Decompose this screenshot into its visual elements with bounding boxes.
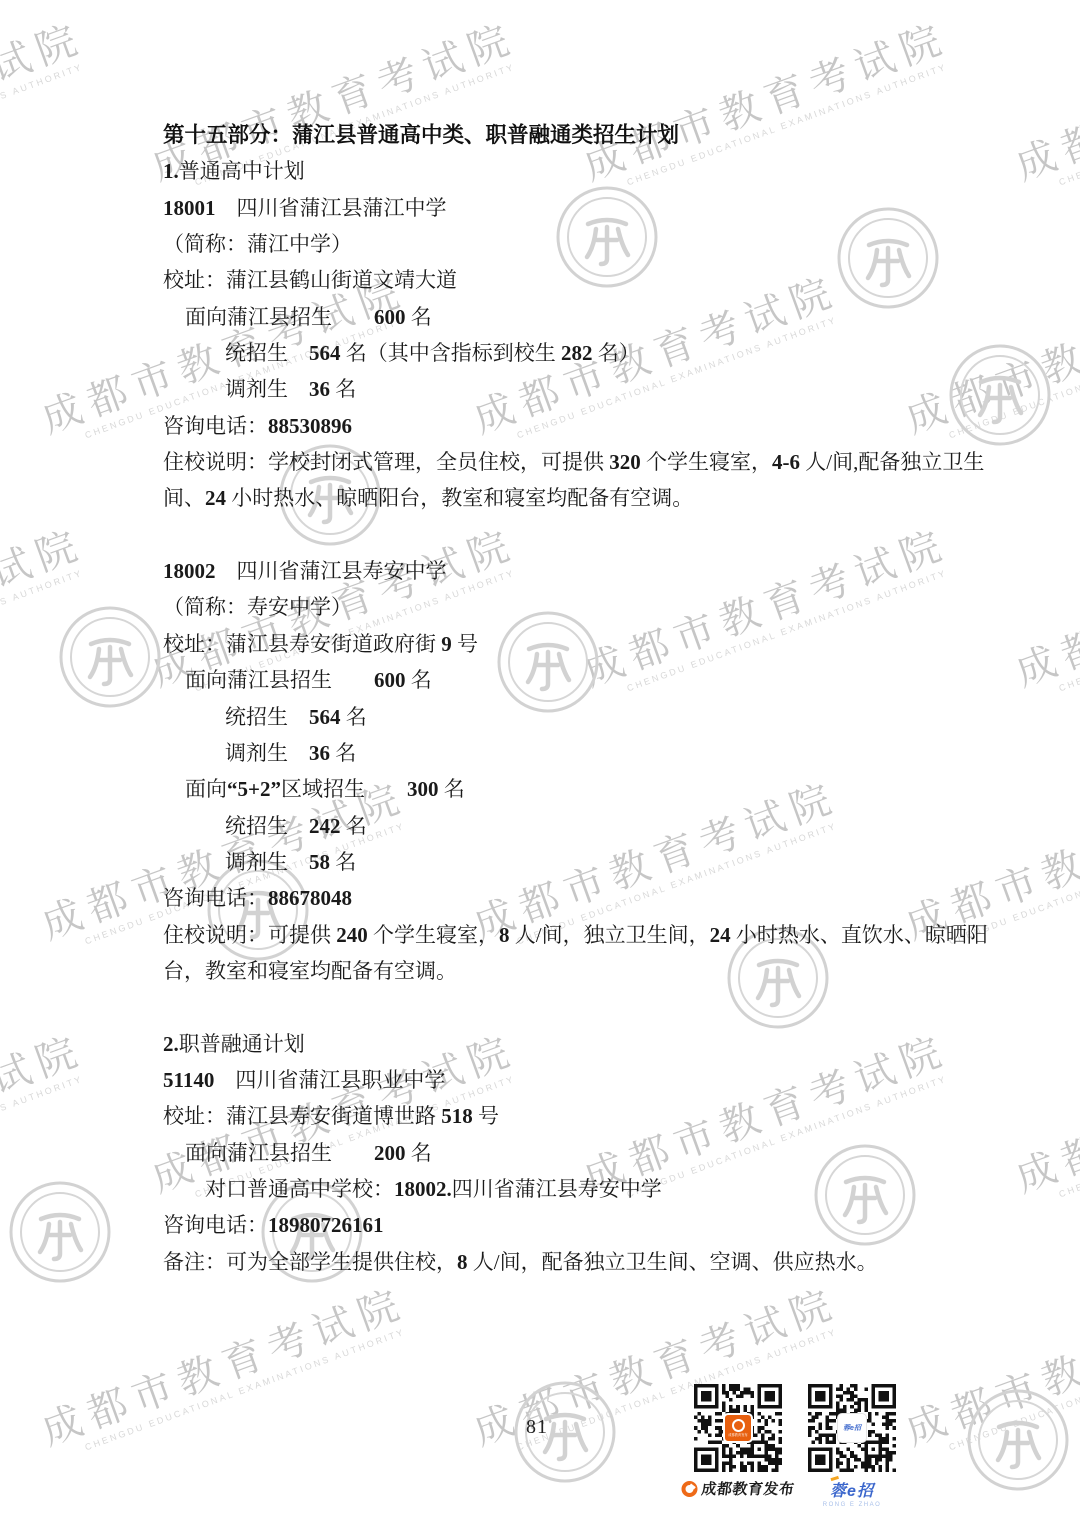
qr-block-chengdu-edu: 成都教育发布 成都教育发布 <box>694 1384 782 1504</box>
text-run: 调剂生 <box>225 741 309 765</box>
blank-line <box>163 517 993 553</box>
doc-line: 1.普通高中计划 <box>163 153 993 189</box>
text-run: 2. <box>163 1032 179 1056</box>
text-run: 名 <box>330 850 356 874</box>
doc-line: 校址：蒲江县寿安街道政府街 9 号 <box>163 626 993 662</box>
doc-line: 备注：可为全部学生提供住校，8 人/间，配备独立卫生间、空调、供应热水。 <box>163 1244 993 1280</box>
watermark-text: 成都市教育考试院CHENGDU EDUCATIONAL EXAMINATIONS… <box>0 522 94 705</box>
text-run: 个学生寝室， <box>641 450 772 474</box>
text-run: 住校说明：可提供 <box>163 923 336 947</box>
qr-caption-rongezhao: 蓉e招 RONG E ZHAO <box>823 1478 882 1508</box>
text-run: 人/间，独立卫生间， <box>510 923 710 947</box>
text-run: 58 <box>309 850 330 874</box>
text-run: 校址：蒲江县寿安街道政府街 <box>163 632 441 656</box>
text-run: 人/间,配备独立卫生 <box>800 450 984 474</box>
text-run: 36 <box>309 377 330 401</box>
text-run: 282 <box>561 341 593 365</box>
text-run: 名 <box>406 305 432 329</box>
text-run: 88530896 <box>268 414 352 438</box>
text-run: 区域招生 <box>281 777 407 801</box>
qr-center-logo-rongezhao: 蓉e招 <box>837 1413 867 1443</box>
text-run: 调剂生 <box>225 850 309 874</box>
text-run: 名 <box>330 741 356 765</box>
text-run: “5+2” <box>227 777 281 801</box>
watermark-text: 成都市教育考试院CHENGDU EDUCATIONAL EXAMINATIONS… <box>36 1281 416 1464</box>
watermark-text: 成都市教育考试院CHENGDU EDUCATIONAL EXAMINATIONS… <box>1010 522 1080 705</box>
text-run: 名 <box>406 1141 432 1165</box>
text-run: 300 <box>407 777 439 801</box>
text-run: 320 <box>609 450 641 474</box>
text-run: 小时热水、直饮水、晾晒阳 <box>731 923 988 947</box>
text-run: 4-6 <box>772 450 800 474</box>
doc-line: 18001 四川省蒲江县蒲江中学 <box>163 190 993 226</box>
text-run: 600 <box>374 668 406 692</box>
text-run: 台，教室和寝室均配备有空调。 <box>163 959 457 983</box>
text-run: 18980726161 <box>268 1213 384 1237</box>
doc-line: 住校说明：学校封闭式管理，全员住校，可提供 320 个学生寝室，4-6 人/间,… <box>163 444 993 480</box>
text-run: 小时热水、晾晒阳台，教室和寝室均配备有空调。 <box>226 486 693 510</box>
doc-line: 面向“5+2”区域招生 300 名 <box>185 771 993 807</box>
text-run: 名 <box>406 668 432 692</box>
doc-line: 校址：蒲江县鹤山街道文靖大道 <box>163 262 993 298</box>
text-run: 名 <box>341 814 367 838</box>
doc-line: 间、24 小时热水、晾晒阳台，教室和寝室均配备有空调。 <box>163 480 993 516</box>
doc-line: 咨询电话：88530896 <box>163 408 993 444</box>
text-run: 调剂生 <box>225 377 309 401</box>
document-body: 第十五部分：蒲江县普通高中类、职普融通类招生计划1.普通高中计划18001 四川… <box>163 117 993 1280</box>
qr-center-logo-chengdu-edu: 成都教育发布 <box>723 1413 753 1443</box>
text-run: 240 <box>336 923 368 947</box>
rongezhao-logo: 蓉e招 <box>830 1478 874 1501</box>
watermark-text: 成都市教育考试院CHENGDU EDUCATIONAL EXAMINATIONS… <box>0 1028 94 1211</box>
doc-line: 统招生 564 名 <box>225 699 993 735</box>
text-run: 普通高中计划 <box>179 159 305 183</box>
page-number: 81 <box>516 1416 558 1439</box>
doc-line: 校址：蒲江县寿安街道博世路 518 号 <box>163 1098 993 1134</box>
text-run: 564 <box>309 341 341 365</box>
text-run: 对口普通高中学校： <box>205 1177 394 1201</box>
text-run: 住校说明：学校封闭式管理，全员住校，可提供 <box>163 450 609 474</box>
doc-line: 住校说明：可提供 240 个学生寝室，8 人/间，独立卫生间，24 小时热水、直… <box>163 917 993 953</box>
doc-line: 咨询电话：18980726161 <box>163 1207 993 1243</box>
text-run: 24 <box>205 486 226 510</box>
doc-line: 咨询电话：88678048 <box>163 880 993 916</box>
text-run: 校址：蒲江县鹤山街道文靖大道 <box>163 268 457 292</box>
text-run: 名（其中含指标到校生 <box>341 341 562 365</box>
qr-block-rongezhao: 蓉e招 蓉e招 RONG E ZHAO <box>808 1384 896 1504</box>
doc-line: （简称：寿安中学） <box>163 589 993 625</box>
text-run: 1. <box>163 159 179 183</box>
text-run: 号 <box>452 632 478 656</box>
text-run: （简称：寿安中学） <box>163 595 352 619</box>
text-run: 名 <box>330 377 356 401</box>
text-run: 人/间，配备独立卫生间、空调、供应热水。 <box>468 1250 878 1274</box>
text-run: 面向蒲江县招生 <box>185 1141 374 1165</box>
doc-line: 统招生 242 名 <box>225 808 993 844</box>
text-run: 18002. <box>394 1177 452 1201</box>
text-run: 个学生寝室， <box>368 923 499 947</box>
document-page: 成都市教育考试院CHENGDU EDUCATIONAL EXAMINATIONS… <box>0 0 1080 1527</box>
text-run: 统招生 <box>225 705 309 729</box>
doc-line: 台，教室和寝室均配备有空调。 <box>163 953 993 989</box>
text-run: 8 <box>457 1250 468 1274</box>
text-run: 面向蒲江县招生 <box>185 305 374 329</box>
text-run: 名 <box>438 777 464 801</box>
text-run: 名） <box>593 341 640 365</box>
chengdu-edu-publish-logo-icon <box>681 1481 697 1497</box>
doc-line: 调剂生 58 名 <box>225 844 993 880</box>
doc-line: 51140 四川省蒲江县职业中学 <box>163 1062 993 1098</box>
qr-caption-chengdu-edu: 成都教育发布 <box>681 1478 794 1499</box>
text-run: 咨询电话： <box>163 414 268 438</box>
text-run: 51140 <box>163 1068 214 1092</box>
text-run: 36 <box>309 741 330 765</box>
watermark-text: 成都市教育考试院CHENGDU EDUCATIONAL EXAMINATIONS… <box>0 16 94 199</box>
text-run: 600 <box>374 305 406 329</box>
watermark-text: 成都市教育考试院CHENGDU EDUCATIONAL EXAMINATIONS… <box>1010 16 1080 199</box>
doc-line: 面向蒲江县招生 200 名 <box>185 1135 993 1171</box>
text-run: 面向蒲江县招生 <box>185 668 374 692</box>
watermark-text: 成都市教育考试院CHENGDU EDUCATIONAL EXAMINATIONS… <box>1010 1028 1080 1211</box>
doc-line: （简称：蒲江中学） <box>163 226 993 262</box>
page-title: 第十五部分：蒲江县普通高中类、职普融通类招生计划 <box>163 117 993 153</box>
text-run: 四川省蒲江县寿安中学 <box>452 1177 662 1201</box>
text-run: 职普融通计划 <box>179 1032 305 1056</box>
text-run: 18002 <box>163 559 216 583</box>
text-run: 面向 <box>185 777 227 801</box>
qr-caption-label: 成都教育发布 <box>700 1478 796 1499</box>
doc-line: 18002 四川省蒲江县寿安中学 <box>163 553 993 589</box>
doc-line: 面向蒲江县招生 600 名 <box>185 299 993 335</box>
text-run: 号 <box>473 1104 499 1128</box>
text-run: 8 <box>499 923 510 947</box>
qr-logo-text: 成都教育发布 <box>728 1433 747 1436</box>
blank-line <box>163 989 993 1025</box>
text-run: 564 <box>309 705 341 729</box>
text-run: 9 <box>441 632 452 656</box>
watermark-text: 成都市教育考试院CHENGDU EDUCATIONAL EXAMINATIONS… <box>900 1281 1080 1464</box>
doc-line: 对口普通高中学校：18002.四川省蒲江县寿安中学 <box>205 1171 993 1207</box>
seal-watermark-icon <box>966 1388 1070 1492</box>
doc-line: 面向蒲江县招生 600 名 <box>185 662 993 698</box>
text-run: 备注：可为全部学生提供住校， <box>163 1250 457 1274</box>
text-run: 统招生 <box>225 814 309 838</box>
doc-line: 统招生 564 名（其中含指标到校生 282 名） <box>225 335 993 371</box>
text-run: 名 <box>341 705 367 729</box>
text-run: 518 <box>441 1104 473 1128</box>
doc-line: 调剂生 36 名 <box>225 371 993 407</box>
text-run: 校址：蒲江县寿安街道博世路 <box>163 1104 441 1128</box>
text-run: 四川省蒲江县蒲江中学 <box>216 196 447 220</box>
text-run: 88678048 <box>268 886 352 910</box>
text-run: 咨询电话： <box>163 1213 268 1237</box>
text-run: 咨询电话： <box>163 886 268 910</box>
text-run: 第十五部分：蒲江县普通高中类、职普融通类招生计划 <box>163 123 679 147</box>
text-run: 四川省蒲江县职业中学 <box>214 1068 445 1092</box>
text-run: 200 <box>374 1141 406 1165</box>
seal-watermark-icon <box>58 605 162 709</box>
doc-line: 调剂生 36 名 <box>225 735 993 771</box>
swirl-icon <box>732 1419 745 1432</box>
text-run: 统招生 <box>225 341 309 365</box>
text-run: 18001 <box>163 196 216 220</box>
rongezhao-logo-subtext: RONG E ZHAO <box>823 1502 882 1508</box>
text-run: 间、 <box>163 486 205 510</box>
text-run: 四川省蒲江县寿安中学 <box>216 559 447 583</box>
text-run: 242 <box>309 814 341 838</box>
text-run: （简称：蒲江中学） <box>163 232 352 256</box>
text-run: 24 <box>710 923 731 947</box>
doc-line: 2.职普融通计划 <box>163 1026 993 1062</box>
seal-watermark-icon <box>8 1180 112 1284</box>
qr-logo-text: 蓉e招 <box>843 1423 861 1433</box>
